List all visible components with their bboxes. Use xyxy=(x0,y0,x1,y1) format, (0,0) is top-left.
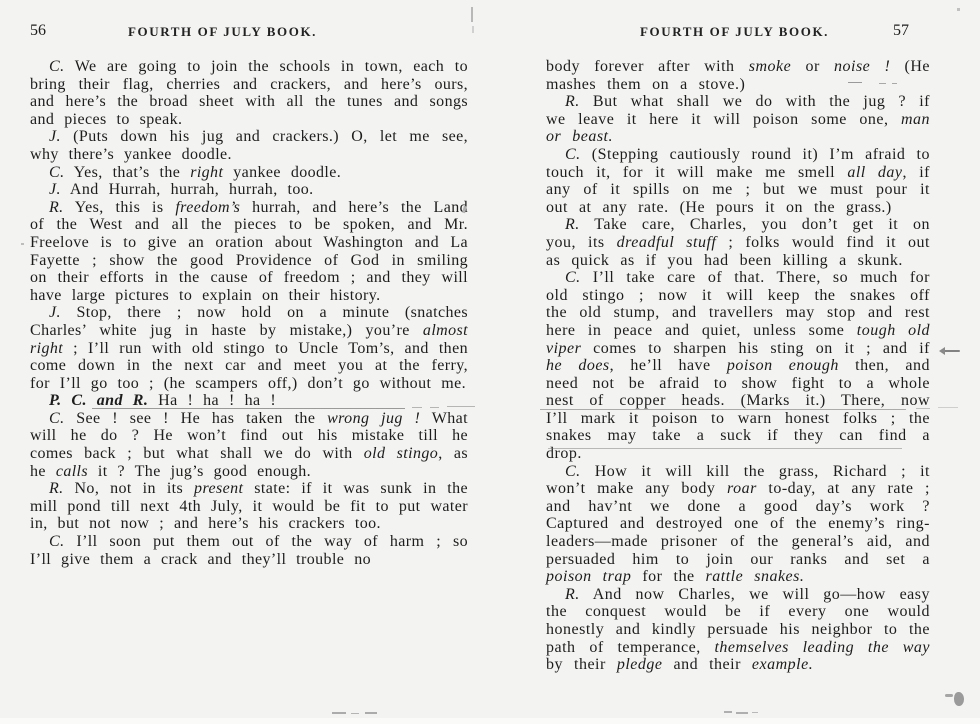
text-run: But what shall we do with the jug ? if w… xyxy=(546,93,930,128)
paragraph: R. Take care, Charles, you don’t get it … xyxy=(546,216,930,269)
text-run: J. xyxy=(49,304,61,321)
text-run: And Hurrah, hurrah, hurrah, too. xyxy=(61,181,314,198)
paragraph: C. We are going to join the schools in t… xyxy=(30,58,468,128)
text-run: No, not in its xyxy=(64,480,194,497)
text-run: comes to sharpen his sting on it ; and i… xyxy=(581,340,930,357)
page-header-right: FOURTH OF JULY BOOK. 57 xyxy=(546,20,930,58)
text-run: pledge xyxy=(617,656,663,673)
page-text-column-right: body forever after with smoke or noise !… xyxy=(546,58,930,674)
running-title-left: FOURTH OF JULY BOOK. xyxy=(128,24,317,40)
text-run: C. xyxy=(565,269,581,286)
text-run: all day xyxy=(847,164,902,181)
text-run: C. xyxy=(49,533,64,550)
text-run: body forever after with xyxy=(546,58,749,75)
text-run: Stop, there ; now hold on a minute (snat… xyxy=(30,304,468,339)
text-run: wrong jug ! xyxy=(327,410,420,427)
text-run: C. xyxy=(49,164,64,181)
text-run: old stingo xyxy=(364,445,438,462)
paragraph: C. See ! see ! He has taken the wrong ju… xyxy=(30,410,468,480)
running-title-right: FOURTH OF JULY BOOK. xyxy=(640,24,829,40)
paragraph: C. I’ll take care of that. There, so muc… xyxy=(546,269,930,463)
arrow-mark-icon xyxy=(944,350,960,352)
text-run: R. xyxy=(565,93,580,110)
text-run: themselves leading the way xyxy=(714,639,930,656)
text-run: C. xyxy=(49,410,64,427)
text-run: R. xyxy=(49,199,64,216)
text-run: R. xyxy=(565,586,580,603)
scan-artifact xyxy=(724,711,732,713)
text-run: R. xyxy=(565,216,580,233)
text-run: calls xyxy=(56,463,88,480)
scan-artifact xyxy=(957,8,960,11)
text-run: We are going to join the schools in town… xyxy=(30,58,468,128)
page-number-left: 56 xyxy=(30,22,46,40)
paragraph: C. (Stepping cautiously round it) I’m af… xyxy=(546,146,930,216)
text-run: rattle snakes. xyxy=(706,568,805,585)
paragraph: R. No, not in its present state: if it w… xyxy=(30,480,468,533)
text-run: , he’ll have xyxy=(610,357,727,374)
text-run: and their xyxy=(662,656,751,673)
text-run: J. xyxy=(49,181,61,198)
text-run: dreadful stuff xyxy=(617,234,717,251)
text-run: I’ll soon put them out of the way of har… xyxy=(30,533,468,568)
paragraph: P. C. and R. Ha ! ha ! ha ! xyxy=(30,392,468,410)
text-run: J. xyxy=(49,128,61,145)
scan-artifact-smudge xyxy=(954,692,964,706)
paragraph: R. And now Charles, we will go—how easy … xyxy=(546,586,930,674)
text-run: or xyxy=(791,58,834,75)
text-run: See ! see ! He has taken the xyxy=(64,410,327,427)
scan-artifact xyxy=(365,712,377,714)
scanned-book-spread: { "document": { "left_page": { "page_num… xyxy=(0,0,980,724)
paragraph: J. (Puts down his jug and crackers.) O, … xyxy=(30,128,468,163)
text-run: yankee doodle. xyxy=(223,164,341,181)
paragraph: body forever after with smoke or noise !… xyxy=(546,58,930,93)
text-run: P. C. and R. xyxy=(49,392,148,409)
text-run: C. xyxy=(565,146,581,163)
paragraph: J. Stop, there ; now hold on a minute (s… xyxy=(30,304,468,392)
scan-artifact xyxy=(471,7,473,22)
text-run: C. xyxy=(49,58,64,75)
text-run: R. xyxy=(49,480,64,497)
text-run: Ha ! ha ! ha ! xyxy=(148,392,276,409)
paragraph: R. Yes, this is freedom’s hurrah, and he… xyxy=(30,199,468,305)
arrow-mark-icon xyxy=(939,347,945,355)
scan-artifact xyxy=(945,694,953,697)
paragraph: R. But what shall we do with the jug ? i… xyxy=(546,93,930,146)
text-run: Yes, that’s the xyxy=(64,164,190,181)
text-run: smoke xyxy=(749,58,791,75)
scan-page-edge xyxy=(0,718,980,724)
scan-artifact xyxy=(351,713,359,714)
text-run: poison trap xyxy=(546,568,631,585)
text-run: for the xyxy=(631,568,705,585)
paragraph: C. I’ll soon put them out of the way of … xyxy=(30,533,468,568)
scan-artifact xyxy=(21,243,24,245)
text-run: roar xyxy=(727,480,757,497)
text-run: poison enough xyxy=(727,357,839,374)
text-run: ; I’ll run with old stingo to Uncle Tom’… xyxy=(30,340,468,392)
page-header-left: 56 FOURTH OF JULY BOOK. xyxy=(30,20,468,58)
paragraph: C. How it will kill the grass, Richard ;… xyxy=(546,463,930,586)
paragraph: C. Yes, that’s the right yankee doodle. xyxy=(30,164,468,182)
scan-artifact xyxy=(752,712,758,713)
text-run: Yes, this is xyxy=(64,199,176,216)
scan-artifact xyxy=(938,407,958,408)
text-run: freedom’s xyxy=(175,199,240,216)
scan-artifact xyxy=(736,712,748,714)
text-run: right xyxy=(190,164,223,181)
text-run: C. xyxy=(565,463,581,480)
text-run: example. xyxy=(752,656,813,673)
page-left-56: 56 FOURTH OF JULY BOOK. C. We are going … xyxy=(30,20,468,568)
page-text-column-left: C. We are going to join the schools in t… xyxy=(30,58,468,568)
scan-artifact xyxy=(472,26,474,33)
text-run: noise ! xyxy=(834,58,890,75)
page-right-57: FOURTH OF JULY BOOK. 57 body forever aft… xyxy=(546,20,930,674)
text-run: he does xyxy=(546,357,610,374)
text-run: present xyxy=(194,480,243,497)
text-run: it ? The jug’s good enough. xyxy=(88,463,311,480)
scan-artifact xyxy=(332,712,346,714)
text-run: by their xyxy=(546,656,617,673)
text-run: (Puts down his jug and crackers.) O, let… xyxy=(30,128,468,163)
page-number-right: 57 xyxy=(893,22,909,40)
paragraph: J. And Hurrah, hurrah, hurrah, too. xyxy=(30,181,468,199)
